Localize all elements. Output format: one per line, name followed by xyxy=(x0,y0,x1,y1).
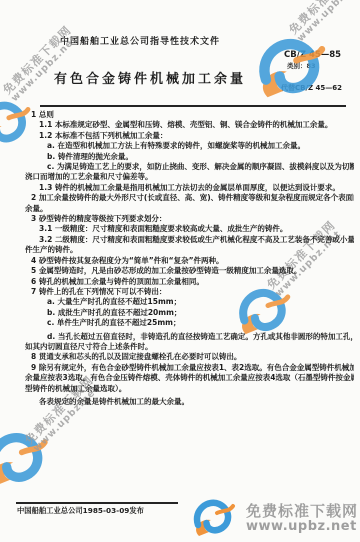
text-line: 余量应按表3选取。有色合金压铸件熔模、壳体铸件的机械加工余量应按表4选取（石墨型… xyxy=(25,373,354,383)
text-line: 余量。 xyxy=(25,204,354,214)
text-line: 型铸件的机械加工余量选取）。 xyxy=(25,384,354,394)
issue-statement: 中国船舶工业总公司1985-03-09发布 xyxy=(17,506,144,516)
footer-divider xyxy=(16,502,178,504)
text-line: 9 除另有规定外，有色合金砂型铸件机械加工余量应按表1、表2选取。有色合金金属型… xyxy=(25,363,354,373)
text-line: 件生产的铸件。 xyxy=(25,245,354,255)
text-line: 3.1 一级精度：尺寸精度和表面粗糙度要求较高或大量、成批生产的铸件。 xyxy=(25,224,354,234)
body-lines: 1 总则1.1 本标准规定砂型、金属型和压铸、熔模、壳型铝、铜、镁合金铸件的机械… xyxy=(25,110,354,407)
text-line: 4 砂型铸件按其复杂程度分为“简单”件和“复杂”件两种。 xyxy=(25,256,354,266)
text-line: 2 加工余量按铸件的最大外形尺寸(长或直径、高、宽)、铸件精度等级和复杂程度而规… xyxy=(25,193,354,203)
text-line: a. 大量生产时孔的直径不超过15mm； xyxy=(25,297,354,307)
text-line: 1.1 本标准规定砂型、金属型和压铸、熔模、壳型铝、铜、镁合金铸件的机械加工余量… xyxy=(25,120,354,130)
text-line: 各表规定的余量是铸件机械加工的最大余量。 xyxy=(25,397,354,407)
watermark-text-block: 免费标准下载网 www.upbz.net xyxy=(246,504,358,533)
text-line: 3.2 二级精度：尺寸精度和表面粗糙度要求较低或生产机械化程度不高及工艺装备不完… xyxy=(25,235,354,245)
text-line: 1 总则 xyxy=(25,110,354,120)
text-line: c. 为满足铸造工艺上的要求，如防止挠曲、变形、解决金属的顺序凝固、拔模斜度以及… xyxy=(25,162,354,172)
page-title: 有色合金铸件机械加工余量 xyxy=(28,68,272,87)
text-line: b. 成批生产时孔的直径不超过20mm； xyxy=(25,308,354,318)
text-line: 8 贯通支承和芯头的孔以及固定接盘螺栓孔在必要时可以铸出。 xyxy=(25,352,354,362)
text-line: 3 砂型铸件的精度等级按下列要求划分： xyxy=(25,214,354,224)
text-line: 如其内切圆直径尺寸符合上述条件时。 xyxy=(25,342,354,352)
text-line: 5 金属型铸造时，凡是由砂芯形成的加工余量按砂型铸造一级精度加工余量选取。 xyxy=(25,266,354,276)
text-line: 6 铸孔的机械加工余量与铸件的顶面加工余量相同。 xyxy=(25,277,354,287)
text-line: c. 单件生产时孔的直径不超过25mm； xyxy=(25,318,354,328)
up-watermark-logo-icon xyxy=(250,30,330,110)
text-line: b. 铸件清理的抛光余量。 xyxy=(25,152,354,162)
watermark-horizontal: 免费标准下载网 www.upbz.net xyxy=(183,494,358,542)
text-line: 1.3 铸件的机械加工余量是指用机械加工方法切去的金属层单面厚度，以便达到设计要… xyxy=(25,183,354,193)
up-watermark-logo-icon xyxy=(183,494,243,542)
scanned-document-page: 免费标准下载网 www.upbz.net 免费标准下载网 www.upbz.ne… xyxy=(0,0,360,542)
text-line: 7 铸件上的孔在下列情况下可以不铸出： xyxy=(25,287,354,297)
watermark-site-url: www.upbz.net xyxy=(246,520,358,534)
text-line: 浇口而增加的工艺余量和尺寸偏差等。 xyxy=(25,172,354,182)
text-line: d. 当孔长超过五倍直径时，非铸造孔的直径按铸造工艺确定。方孔或其他非圆形的特加… xyxy=(25,332,354,342)
text-line: 1.2 本标准不包括下列机械加工余量： xyxy=(25,131,354,141)
watermark-site-name: 免费标准下载网 xyxy=(246,504,358,520)
text-line: a. 在造型和机械加工方法上有特殊要求的铸件，如螺旋桨等的机械加工余量。 xyxy=(25,141,354,151)
